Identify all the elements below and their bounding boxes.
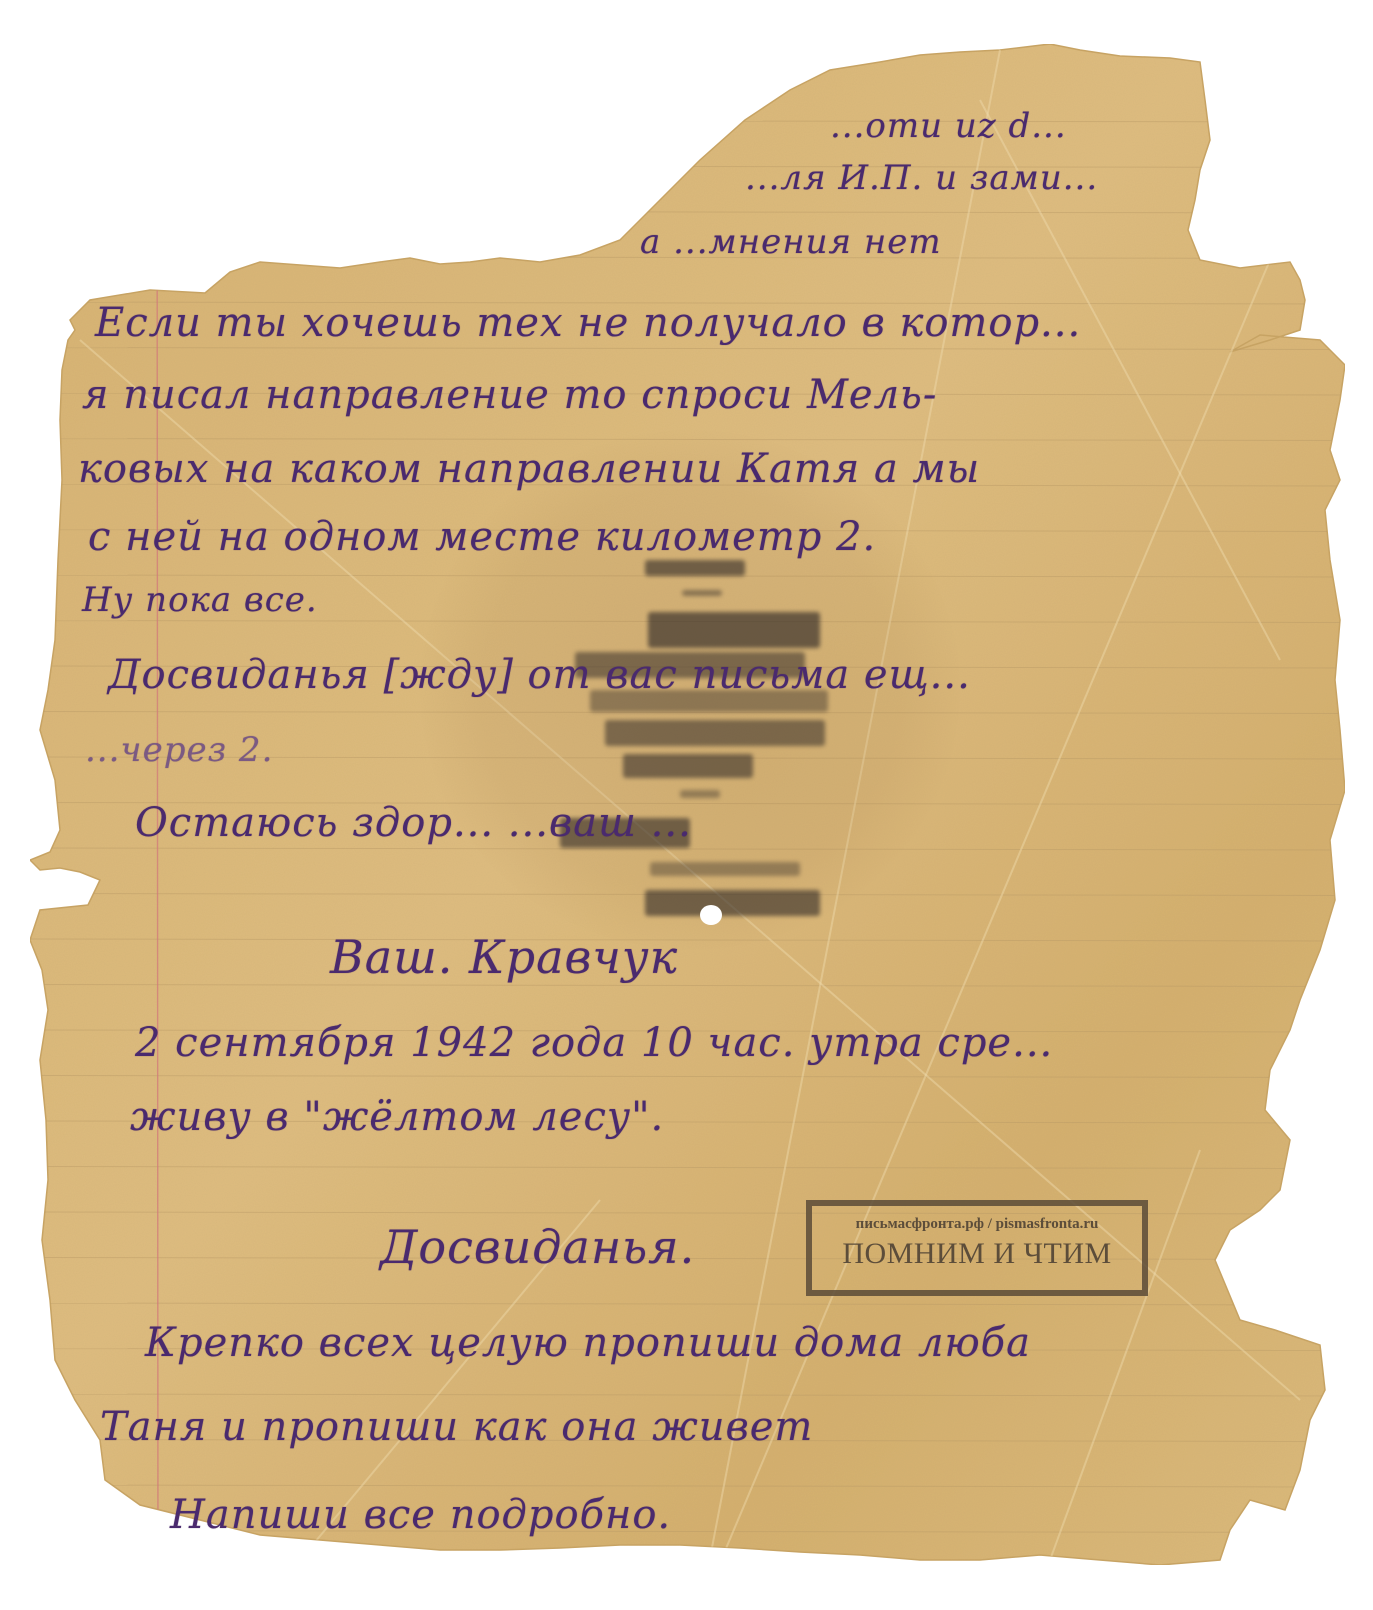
letter-line-4: с ней на одном месте километр 2. — [88, 514, 876, 560]
letter-line-1: Если ты хочешь тех не получало в котор..… — [95, 300, 1081, 346]
letter-line-7: ...через 2. — [85, 730, 273, 770]
letter-line-11: живу в "жёлтом лесу". — [130, 1094, 664, 1140]
watermark-title: ПОМНИМ И ЧТИМ — [812, 1237, 1142, 1271]
letter-line-5: Ну пока все. — [82, 580, 318, 620]
paper-hole — [700, 905, 722, 925]
fragment-line-1: ...omu uz d... — [830, 106, 1067, 146]
letter-line-8: Остаюсь здор... ...ваш ... — [135, 800, 692, 846]
letter-line-3: ковых на каком направлении Катя а мы — [78, 446, 980, 492]
letter-scan: ...omu uz d... ...ля И.П. и зами... а ..… — [0, 0, 1373, 1610]
date-line: 2 сентября 1942 года 10 час. утра сре... — [135, 1020, 1053, 1066]
letter-line-15: Напиши все подробно. — [170, 1492, 671, 1538]
fragment-line-2: ...ля И.П. и зами... — [745, 158, 1098, 198]
farewell: Досвиданья. — [380, 1220, 695, 1274]
letter-line-6: Досвиданья [жду] от вас письма ещ... — [108, 652, 971, 698]
watermark-box: письмасфронта.рф / pismasfronta.ru ПОМНИ… — [806, 1200, 1148, 1296]
letter-line-14: Таня и пропиши как она живет — [100, 1404, 813, 1450]
watermark-url: письмасфронта.рф / pismasfronta.ru — [812, 1216, 1142, 1233]
letter-line-2: я писал направление то спроси Мель- — [82, 372, 937, 418]
signature: Ваш. Кравчук — [330, 930, 678, 984]
fragment-line-3: а ...мнения нет — [640, 222, 942, 262]
letter-line-13: Крепко всех целую пропиши дома люба — [145, 1320, 1031, 1366]
